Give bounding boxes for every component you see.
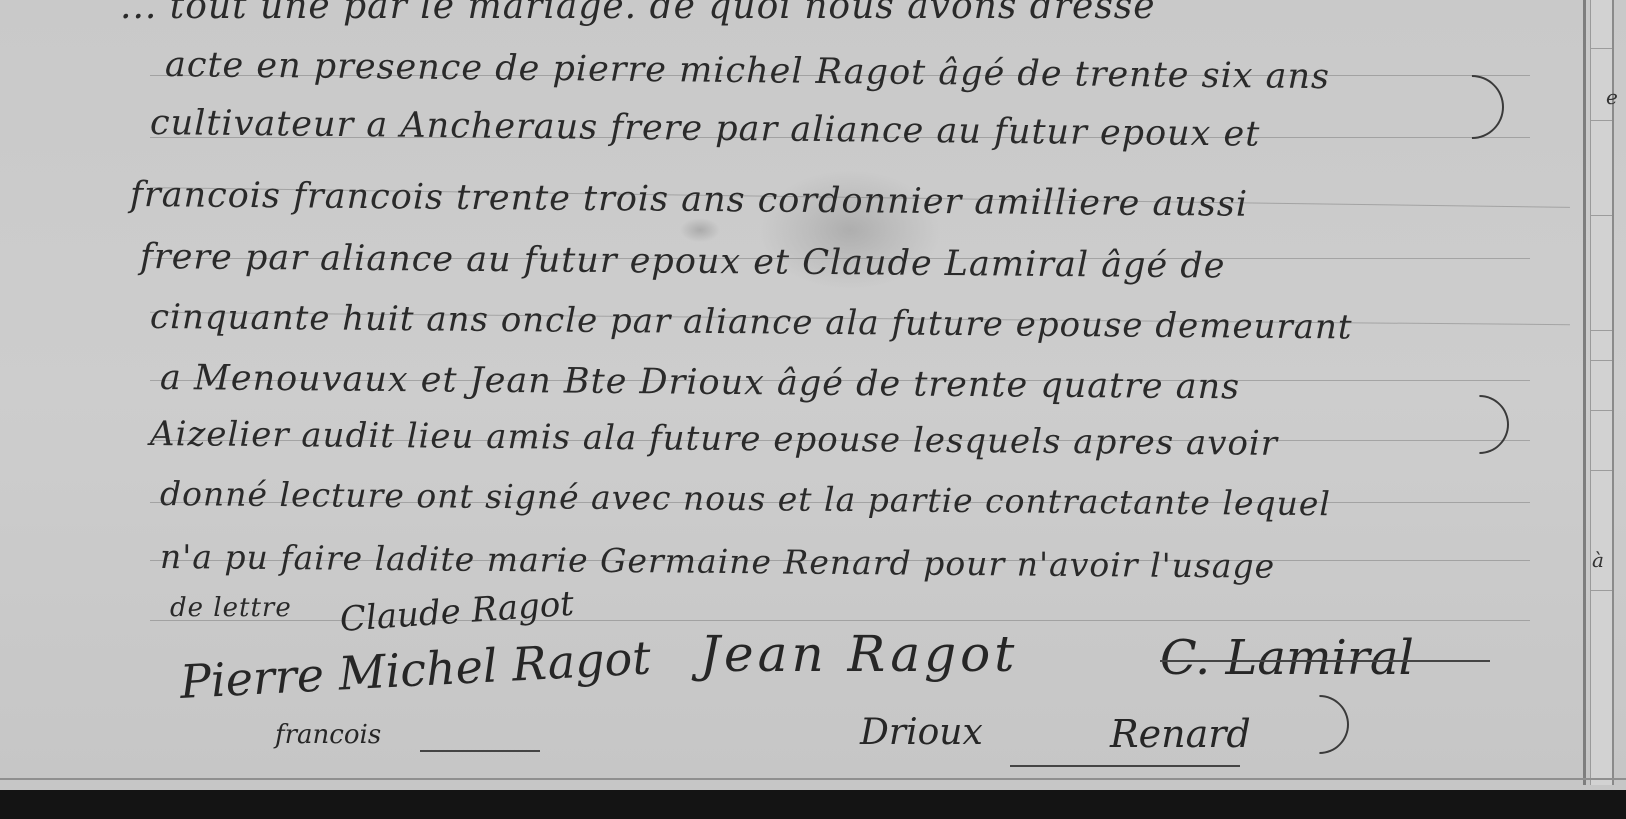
edge-tick (1591, 48, 1612, 49)
edge-tick (1591, 590, 1612, 591)
margin-rule (1583, 0, 1586, 785)
text-line-1: ... tout une par le mariage. de quoi nou… (120, 0, 1156, 27)
signature-jean-ragot: Jean Ragot (700, 625, 1018, 683)
signature-claude-ragot: Claude Ragot (339, 584, 576, 640)
signature-underline (1010, 765, 1240, 767)
text-line-6: cinquante huit ans oncle par aliance ala… (150, 297, 1353, 347)
signature-lamiral: C. Lamiral (1160, 630, 1414, 686)
margin-mark: e (1606, 85, 1618, 109)
signature-renard: Renard (1110, 712, 1251, 756)
text-line-7: a Menouvaux et Jean Bte Drioux âgé de tr… (160, 358, 1240, 407)
edge-tick (1591, 470, 1612, 471)
text-line-4: francois francois trente trois ans cordo… (130, 175, 1248, 225)
signature-francois: francois (275, 720, 381, 750)
text-line-5: frere par aliance au futur epoux et Clau… (140, 237, 1226, 286)
edge-tick (1591, 120, 1612, 121)
signature-drioux: Drioux (860, 712, 983, 753)
scan-border (0, 790, 1626, 819)
edge-tick (1591, 410, 1612, 411)
page-edge-strip (1591, 0, 1612, 785)
margin-rule (1612, 0, 1614, 785)
edge-tick (1591, 330, 1612, 331)
edge-tick (1591, 215, 1612, 216)
signature-underline (1160, 660, 1490, 662)
text-line-10: n'a pu faire ladite marie Germaine Renar… (160, 537, 1276, 586)
flourish-mark (1278, 683, 1361, 766)
margin-rule (1590, 0, 1591, 785)
text-line-11: de lettre (170, 593, 292, 623)
flourish-mark (1438, 383, 1521, 466)
text-line-8: Aizelier audit lieu amis ala future epou… (150, 414, 1278, 464)
edge-tick (1591, 360, 1612, 361)
text-line-3: cultivateur a Ancheraus frere par alianc… (150, 103, 1261, 155)
margin-mark: à (1592, 548, 1604, 572)
text-line-2: acte en presence de pierre michel Ragot … (165, 45, 1330, 97)
text-line-9: donné lecture ont signé avec nous et la … (160, 474, 1331, 523)
register-page: ... tout une par le mariage. de quoi nou… (0, 0, 1626, 793)
signature-pierre-michel-ragot: Pierre Michel Ragot (179, 630, 652, 709)
signature-underline (420, 750, 540, 752)
